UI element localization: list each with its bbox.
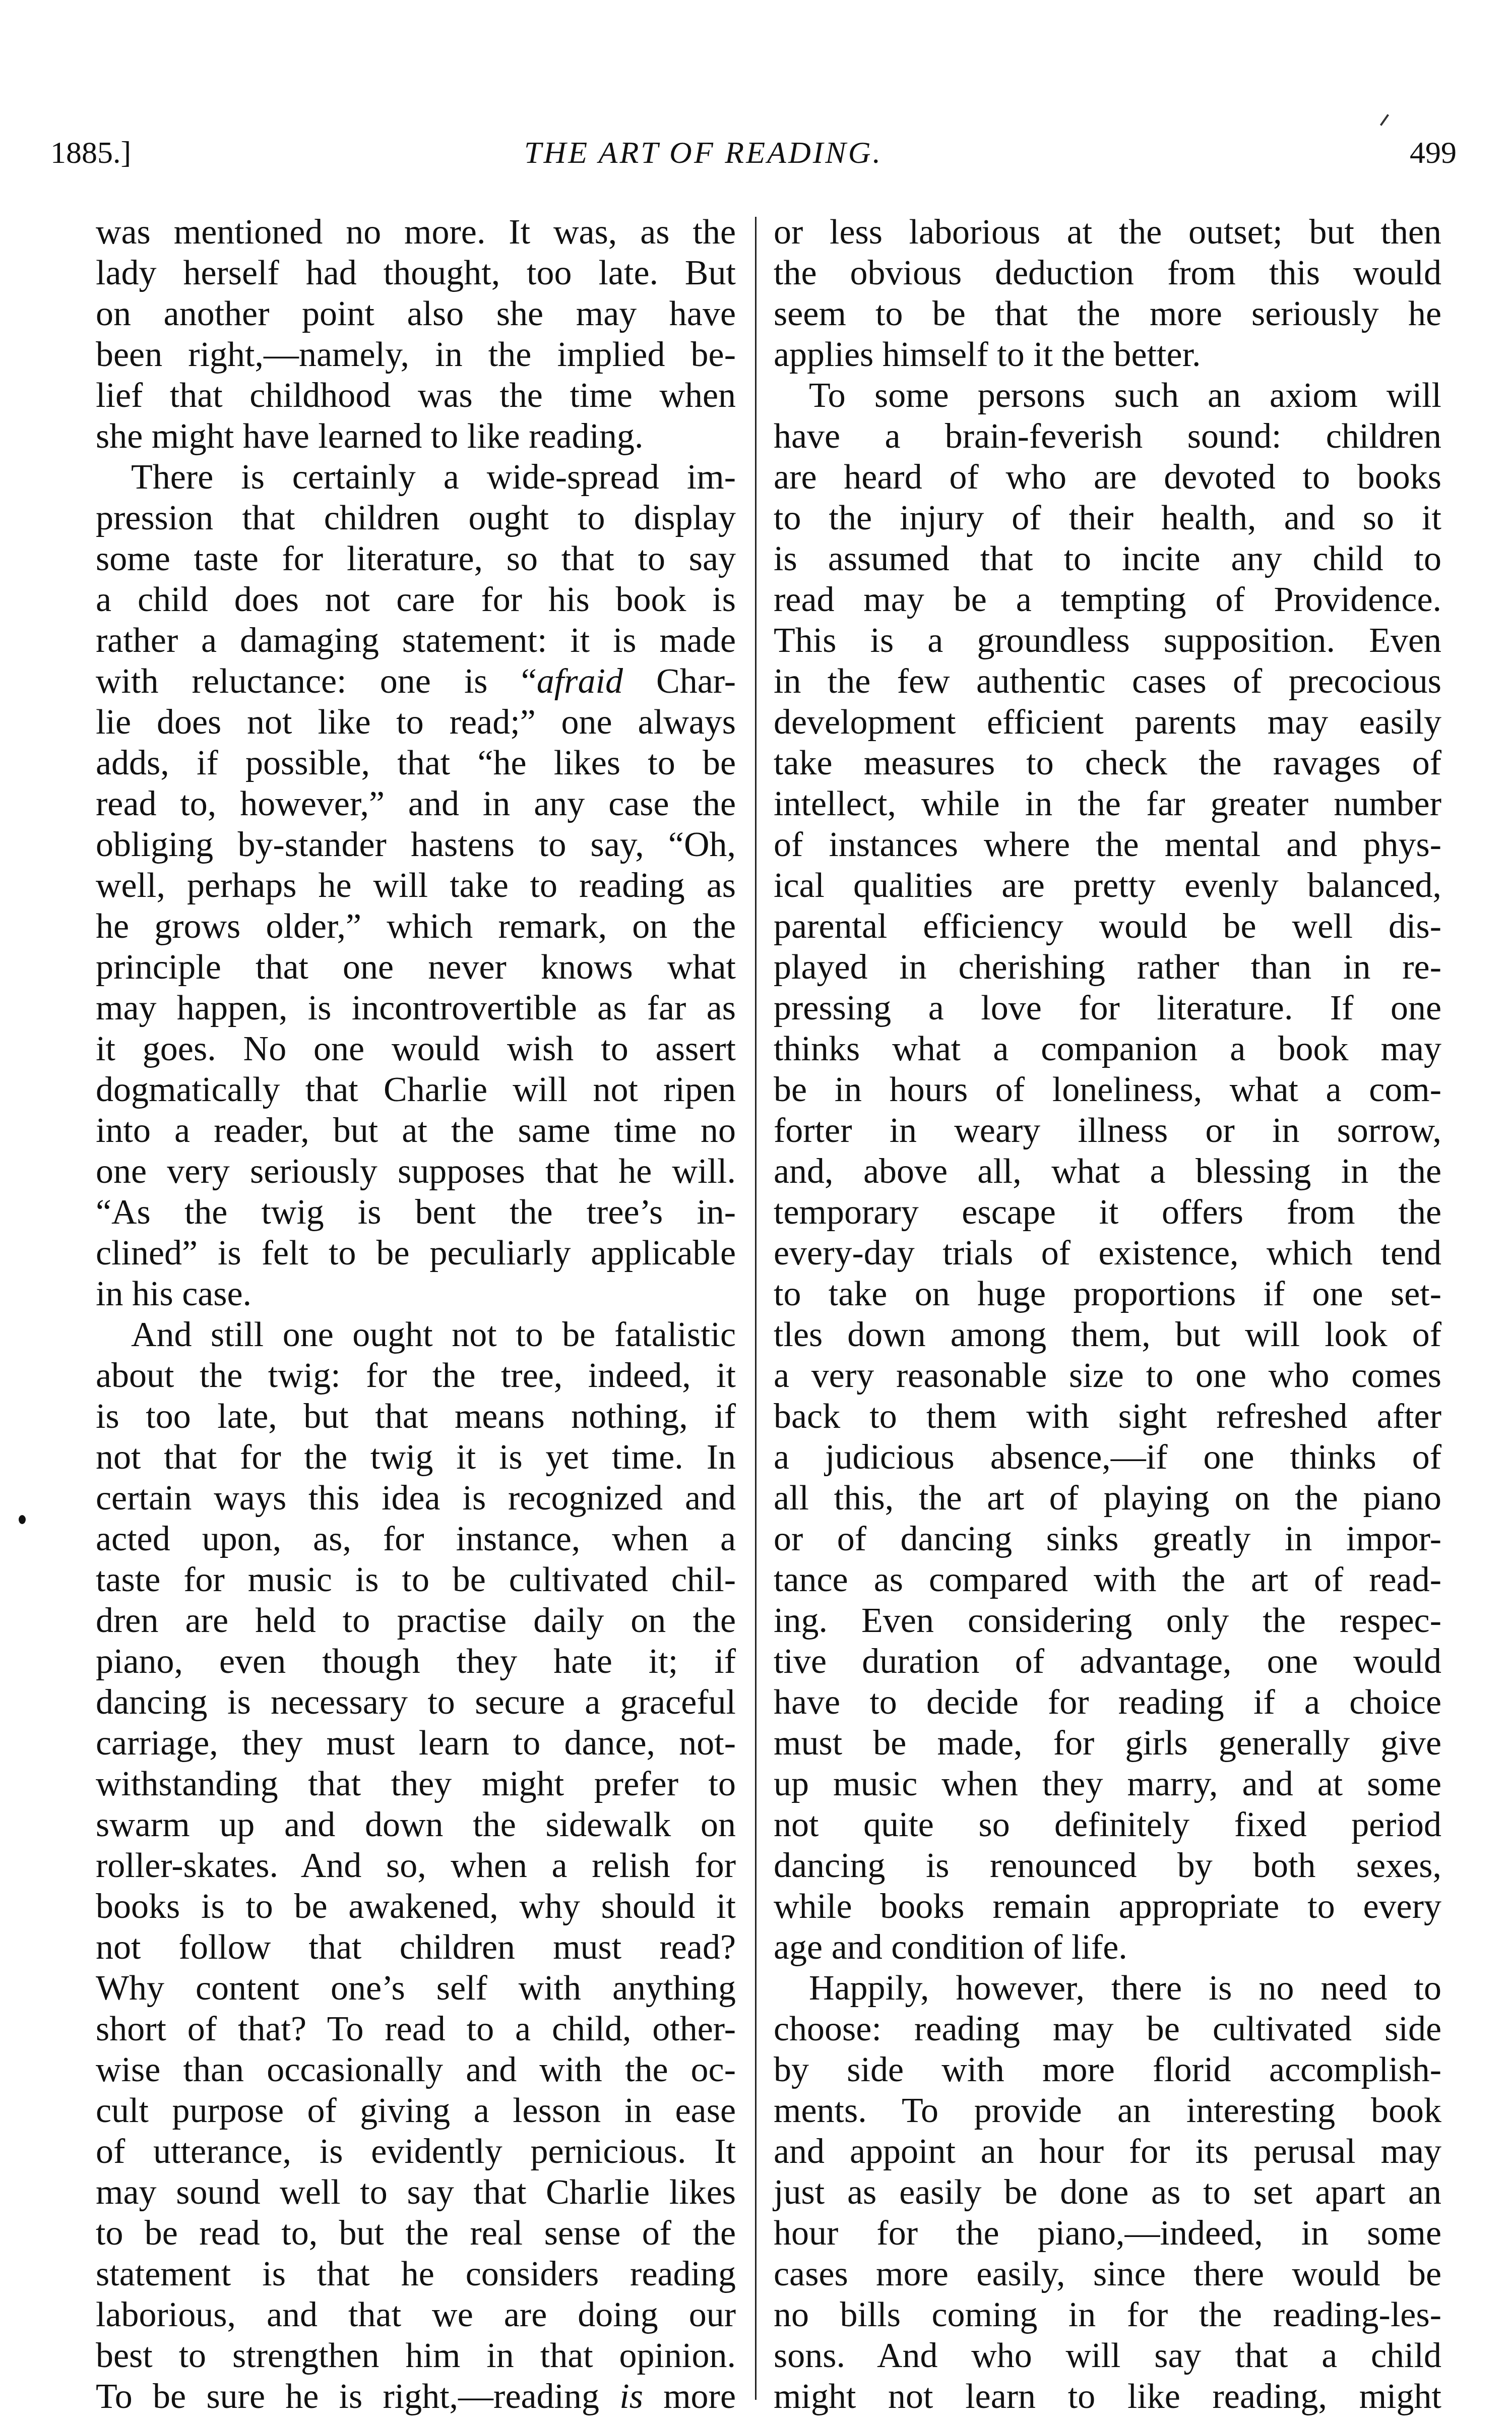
text-line: dancing is renounced by both sexes,	[774, 1845, 1441, 1886]
text-line: a child does not care for his book is	[96, 579, 736, 620]
scan-artifact-mark	[1380, 114, 1389, 126]
text-fragment: Char-	[623, 662, 736, 701]
text-line: roller-skates. And so, when a relish for	[96, 1845, 736, 1886]
text-line: it goes. No one would wish to assert	[96, 1028, 736, 1069]
text-line: about the twig: for the tree, indeed, it	[96, 1355, 736, 1396]
text-line: and appoint an hour for its perusal may	[774, 2131, 1441, 2172]
text-line: withstanding that they might prefer to	[96, 1764, 736, 1804]
text-line: This is a groundless supposition. Even	[774, 620, 1441, 661]
text-line: or less laborious at the outset; but the…	[774, 212, 1441, 253]
text-line: principle that one never knows what	[96, 947, 736, 988]
text-line: by side with more florid accomplish-	[774, 2049, 1441, 2090]
text-line: just as easily be done as to set apart a…	[774, 2172, 1441, 2213]
text-line: forter in weary illness or in sorrow,	[774, 1110, 1441, 1151]
text-line: carriage, they must learn to dance, not-	[96, 1723, 736, 1764]
text-line: a very reasonable size to one who comes	[774, 1355, 1441, 1396]
text-line: acted upon, as, for instance, when a	[96, 1519, 736, 1559]
text-line: no bills coming in for the reading-les-	[774, 2294, 1441, 2335]
text-line: may sound well to say that Charlie likes	[96, 2172, 736, 2213]
text-line: ments. To provide an interesting book	[774, 2090, 1441, 2131]
text-line: he grows older,” which remark, on the	[96, 906, 736, 947]
text-line: tive duration of advantage, one would	[774, 1641, 1441, 1682]
text-line: swarm up and down the sidewalk on	[96, 1804, 736, 1845]
text-line: on another point also she may have	[96, 293, 736, 334]
text-line: obliging by-stander hastens to say, “Oh,	[96, 824, 736, 865]
text-line: some taste for literature, so that to sa…	[96, 538, 736, 579]
text-line: in his case.	[96, 1274, 736, 1314]
text-line: with reluctance: one is “afraid Char-	[96, 661, 736, 702]
text-line: while books remain appropriate to every	[774, 1886, 1441, 1927]
text-line: “As the twig is bent the tree’s in-	[96, 1192, 736, 1233]
text-line: of utterance, is evidently pernicious. I…	[96, 2131, 736, 2172]
text-line: rather a damaging statement: it is made	[96, 620, 736, 661]
italic-emphasis: afraid	[537, 662, 623, 701]
text-line: intellect, while in the far greater numb…	[774, 783, 1441, 824]
text-line: all this, the art of playing on the pian…	[774, 1478, 1441, 1519]
text-line: have a brain-feverish sound: children	[774, 416, 1441, 457]
left-column: was mentioned no more. It was, as thelad…	[96, 212, 736, 2417]
text-line: wise than occasionally and with the oc-	[96, 2049, 736, 2090]
text-line: sons. And who will say that a child	[774, 2335, 1441, 2376]
text-line: To some persons such an axiom will	[774, 375, 1441, 416]
text-line: lie does not like to read;” one always	[96, 702, 736, 743]
text-line: or of dancing sinks greatly in impor-	[774, 1519, 1441, 1559]
text-line: might not learn to like reading, might	[774, 2376, 1441, 2417]
text-line: statement is that he considers reading	[96, 2254, 736, 2294]
running-head: 1885.] THE ART OF READING. 499	[50, 130, 1457, 175]
text-line: piano, even though they hate it; if	[96, 1641, 736, 1682]
text-line: tles down among them, but will look of	[774, 1314, 1441, 1355]
text-line: parental efficiency would be well dis-	[774, 906, 1441, 947]
text-line: a judicious absence,—if one thinks of	[774, 1437, 1441, 1478]
text-line: hour for the piano,—indeed, in some	[774, 2213, 1441, 2254]
running-head-title: THE ART OF READING.	[524, 130, 883, 175]
text-line: is assumed that to incite any child to	[774, 538, 1441, 579]
text-line: not that for the twig it is yet time. In	[96, 1437, 736, 1478]
text-line: books is to be awakened, why should it	[96, 1886, 736, 1927]
text-line: pression that children ought to display	[96, 498, 736, 538]
text-fragment: To be sure he is right,—reading	[96, 2377, 619, 2416]
text-line: lief that childhood was the time when	[96, 375, 736, 416]
text-line: dren are held to practise daily on the	[96, 1600, 736, 1641]
text-line: one very seriously supposes that he will…	[96, 1151, 736, 1192]
text-line: tance as compared with the art of read-	[774, 1559, 1441, 1600]
text-line: played in cherishing rather than in re-	[774, 947, 1441, 988]
text-line: ing. Even considering only the respec-	[774, 1600, 1441, 1641]
text-line: development efficient parents may easily	[774, 702, 1441, 743]
text-line: read to, however,” and in any case the	[96, 783, 736, 824]
text-line: into a reader, but at the same time no	[96, 1110, 736, 1151]
text-line: temporary escape it offers from the	[774, 1192, 1441, 1233]
text-line: pressing a love for literature. If one	[774, 988, 1441, 1028]
text-line: short of that? To read to a child, other…	[96, 2009, 736, 2049]
text-line: take measures to check the ravages of	[774, 743, 1441, 783]
text-line: are heard of who are devoted to books	[774, 457, 1441, 498]
text-line: not quite so definitely fixed period	[774, 1804, 1441, 1845]
text-line: ical qualities are pretty evenly balance…	[774, 865, 1441, 906]
text-line: well, perhaps he will take to reading as	[96, 865, 736, 906]
text-line: clined” is felt to be peculiarly applica…	[96, 1233, 736, 1274]
page-number: 499	[1410, 130, 1457, 175]
column-divider	[755, 217, 757, 2400]
text-line: up music when they marry, and at some	[774, 1764, 1441, 1804]
text-line: best to strengthen him in that opinion.	[96, 2335, 736, 2376]
text-line: back to them with sight refreshed after	[774, 1396, 1441, 1437]
right-column: or less laborious at the outset; but the…	[774, 212, 1441, 2417]
text-line: to the injury of their health, and so it	[774, 498, 1441, 538]
text-line: age and condition of life.	[774, 1927, 1441, 1968]
text-line: and, above all, what a blessing in the	[774, 1151, 1441, 1192]
text-line: to be read to, but the real sense of the	[96, 2213, 736, 2254]
text-line: is too late, but that means nothing, if	[96, 1396, 736, 1437]
text-line: And still one ought not to be fatalistic	[96, 1314, 736, 1355]
text-line: cult purpose of giving a lesson in ease	[96, 2090, 736, 2131]
text-line: of instances where the mental and phys-	[774, 824, 1441, 865]
text-line: be in hours of loneliness, what a com-	[774, 1069, 1441, 1110]
text-line: the obvious deduction from this would	[774, 253, 1441, 293]
text-line: must be made, for girls generally give	[774, 1723, 1441, 1764]
text-line: been right,—namely, in the implied be-	[96, 334, 736, 375]
text-line: have to decide for reading if a choice	[774, 1682, 1441, 1723]
text-line: dogmatically that Charlie will not ripen	[96, 1069, 736, 1110]
text-line: adds, if possible, that “he likes to be	[96, 743, 736, 783]
text-line: Why content one’s self with anything	[96, 1968, 736, 2009]
text-fragment: with reluctance: one is “	[96, 662, 537, 701]
text-line: Happily, however, there is no need to	[774, 1968, 1441, 2009]
text-fragment: more	[643, 2377, 736, 2416]
text-line: There is certainly a wide-spread im-	[96, 457, 736, 498]
text-line: she might have learned to like reading.	[96, 416, 736, 457]
text-line: thinks what a companion a book may	[774, 1028, 1441, 1069]
text-line: taste for music is to be cultivated chil…	[96, 1559, 736, 1600]
text-line: read may be a tempting of Providence.	[774, 579, 1441, 620]
running-head-year: 1885.]	[50, 130, 131, 175]
text-line: laborious, and that we are doing our	[96, 2294, 736, 2335]
text-line: seem to be that the more seriously he	[774, 293, 1441, 334]
text-line: choose: reading may be cultivated side	[774, 2009, 1441, 2049]
text-line: dancing is necessary to secure a gracefu…	[96, 1682, 736, 1723]
text-line: in the few authentic cases of precocious	[774, 661, 1441, 702]
text-line: cases more easily, since there would be	[774, 2254, 1441, 2294]
text-line: lady herself had thought, too late. But	[96, 253, 736, 293]
text-line: may happen, is incontrovertible as far a…	[96, 988, 736, 1028]
italic-emphasis: is	[619, 2377, 643, 2416]
text-line: To be sure he is right,—reading is more	[96, 2376, 736, 2417]
text-line: to take on huge proportions if one set-	[774, 1274, 1441, 1314]
text-line: not follow that children must read?	[96, 1927, 736, 1968]
text-line: every-day trials of existence, which ten…	[774, 1233, 1441, 1274]
text-line: was mentioned no more. It was, as the	[96, 212, 736, 253]
text-line: applies himself to it the better.	[774, 334, 1441, 375]
scan-artifact-dot	[19, 1515, 26, 1524]
text-line: certain ways this idea is recognized and	[96, 1478, 736, 1519]
